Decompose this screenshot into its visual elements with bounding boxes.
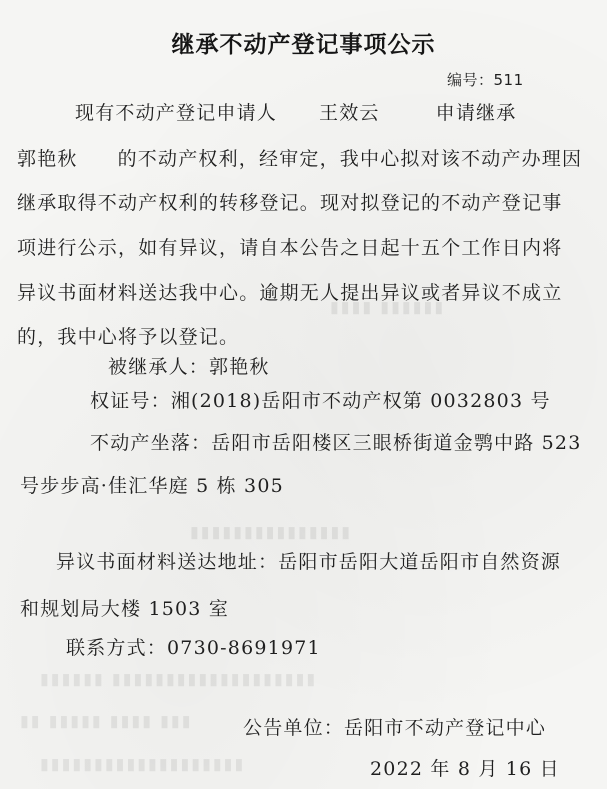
- body-line-6: 的，我中心将予以登记。: [17, 325, 239, 349]
- objection-address-value-line-1: 岳阳市岳阳大道岳阳市自然资源: [278, 551, 561, 573]
- location-row-2: 号步步高·佳汇华庭 5 栋 305: [20, 474, 284, 498]
- certificate-label: 权证号：: [90, 390, 171, 412]
- body-line-2: 郭艳秋的不动产权利，经审定，我中心拟对该不动产办理因: [17, 147, 582, 171]
- location-row-1: 不动产坐落：岳阳市岳阳楼区三眼桥街道金鹗中路 523: [90, 431, 582, 455]
- document-number-value: 511: [494, 71, 524, 89]
- issuer-value: 岳阳市不动产登记中心: [344, 717, 546, 739]
- decedent-label: 被继承人：: [108, 356, 209, 378]
- body-line-2-rest: 的不动产权利，经审定，我中心拟对该不动产办理因: [118, 148, 583, 170]
- bleed-through-text: ▮▮▮▮▮▮▮▮▮▮▮▮▮▮▮▮▮▮▮: [40, 757, 245, 776]
- document-title: 继承不动产登记事项公示: [0, 26, 607, 59]
- objection-address-label: 异议书面材料送达地址：: [56, 551, 278, 573]
- contact-value: 0730-8691971: [167, 637, 321, 659]
- body-line-1-prefix: 现有不动产登记申请人: [75, 102, 277, 124]
- location-value-line-1: 岳阳市岳阳楼区三眼桥街道金鹗中路 523: [211, 432, 581, 454]
- certificate-value: 湘(2018)岳阳市不动产权第 0032803 号: [171, 390, 551, 412]
- contact-row: 联系方式：0730-8691971: [66, 636, 321, 660]
- issue-date: 2022 年 8 月 16 日: [370, 757, 560, 781]
- location-label: 不动产坐落：: [90, 432, 211, 454]
- body-line-5: 异议书面材料送达我中心。逾期无人提出异议或者异议不成立: [17, 281, 562, 305]
- bleed-through-text: ▮▮▮▮▮▮▮▮▮▮▮▮▮▮▮: [190, 525, 352, 544]
- decedent-value: 郭艳秋: [209, 356, 270, 378]
- applicant-name: 王效云: [319, 102, 380, 124]
- objection-address-row-1: 异议书面材料送达地址：岳阳市岳阳大道岳阳市自然资源: [56, 550, 561, 574]
- decedent-row: 被继承人：郭艳秋: [108, 355, 270, 379]
- body-line-4: 项进行公示，如有异议，请自本公告之日起十五个工作日内将: [17, 236, 562, 260]
- certificate-row: 权证号：湘(2018)岳阳市不动产权第 0032803 号: [90, 389, 551, 413]
- document-page: ▮▮▮▮ ▮▮▮▮▮▮ ▮▮▮▮▮▮▮▮▮▮▮▮▮▮▮ ▮▮▮▮▮▮ ▮▮▮▮▮…: [0, 0, 607, 789]
- document-number: 编号：511: [447, 69, 524, 90]
- contact-label: 联系方式：: [66, 637, 167, 659]
- issuer-row: 公告单位：岳阳市不动产登记中心: [243, 716, 546, 740]
- body-line-1: 现有不动产登记申请人王效云申请继承: [75, 101, 516, 125]
- issuer-label: 公告单位：: [243, 717, 344, 739]
- objection-address-row-2: 和规划局大楼 1503 室: [20, 597, 229, 621]
- bleed-through-text: ▮▮▮▮▮▮ ▮▮▮▮▮▮▮▮▮▮▮▮▮▮▮▮▮▮▮: [40, 672, 317, 691]
- document-number-label: 编号：: [447, 71, 494, 89]
- body-line-1-suffix: 申请继承: [436, 102, 517, 124]
- body-line-3: 继承取得不动产权利的转移登记。现对拟登记的不动产登记事: [17, 191, 562, 215]
- decedent-inline: 郭艳秋: [17, 148, 78, 170]
- bleed-through-text: ▮▮ ▮▮▮▮▮ ▮▮▮▮ ▮▮▮: [20, 714, 193, 733]
